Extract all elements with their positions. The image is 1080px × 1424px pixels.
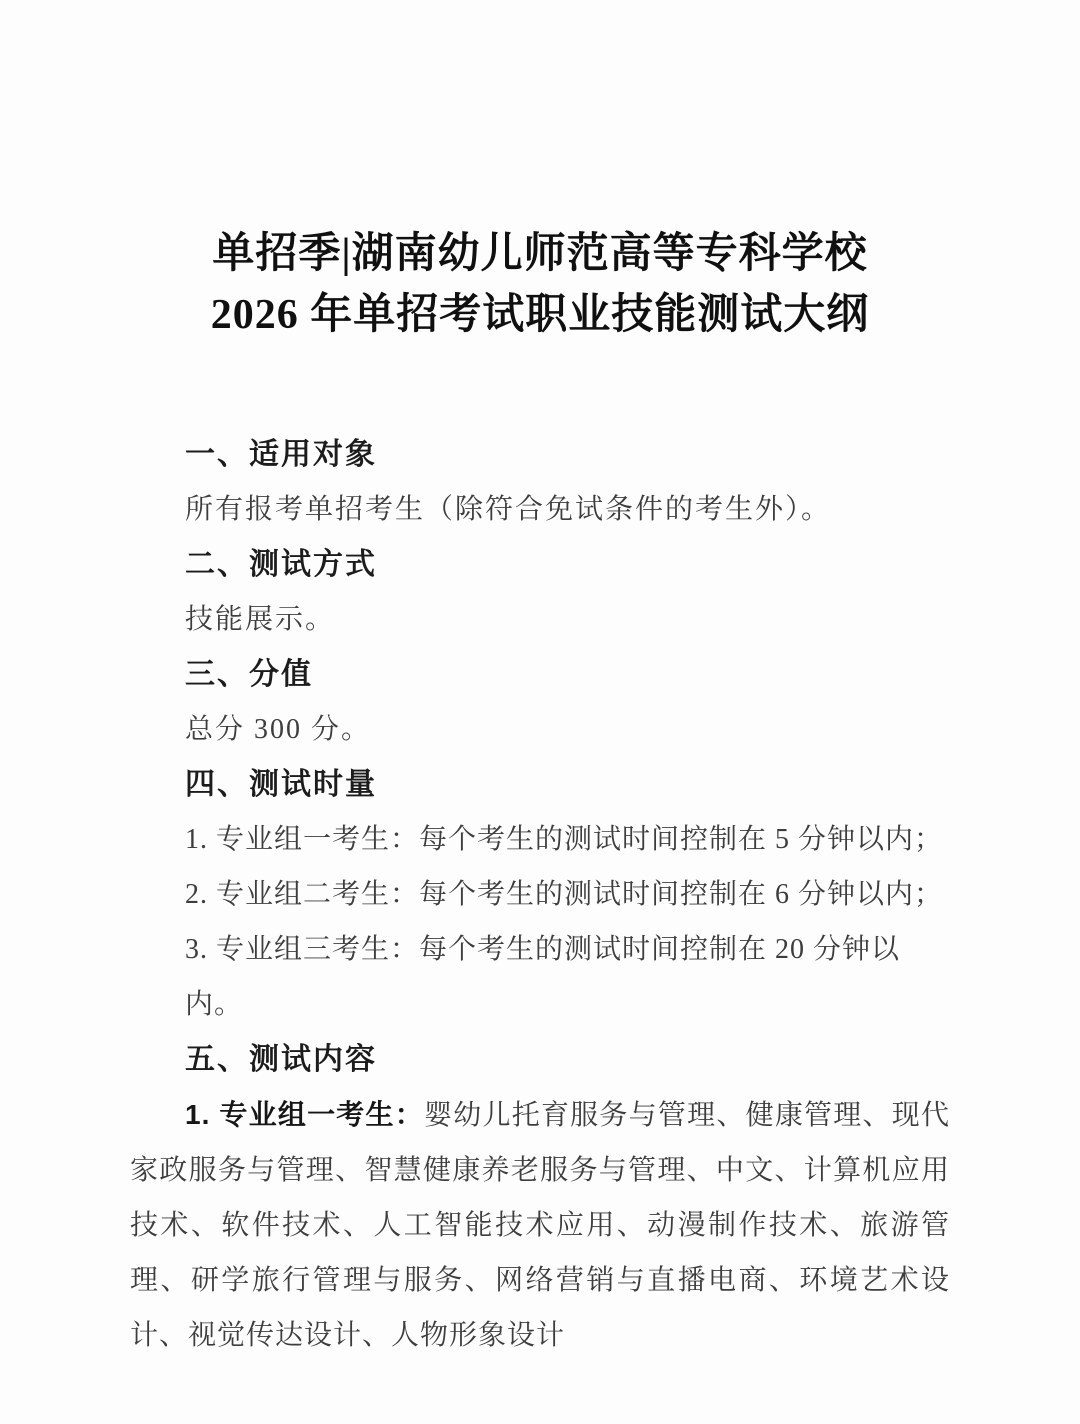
document-title-line-2: 2026 年单招考试职业技能测试大纲 — [0, 285, 1080, 346]
content-paragraph-lead: 1. 专业组一考生： — [185, 1099, 424, 1130]
section-heading-test-duration: 四、测试时量 — [130, 757, 950, 812]
content-paragraph-majors: 婴幼儿托育服务与管理、健康管理、现代家政服务与管理、智慧健康养老服务与管理、中文… — [130, 1100, 950, 1351]
document-body: 一、适用对象 所有报考单招考生（除符合免试条件的考生外）。 二、测试方式 技能展… — [130, 427, 950, 1363]
duration-list-item-group-1: 1. 专业组一考生：每个考生的测试时间控制在 5 分钟以内； — [130, 812, 950, 867]
section-heading-applicable-candidates: 一、适用对象 — [130, 427, 950, 482]
section-body-applicable-candidates: 所有报考单招考生（除符合免试条件的考生外）。 — [130, 482, 950, 537]
document-title-line-1: 单招季|湖南幼儿师范高等专科学校 — [0, 224, 1080, 285]
section-heading-test-method: 二、测试方式 — [130, 537, 950, 592]
section-heading-score: 三、分值 — [130, 647, 950, 702]
document-title: 单招季|湖南幼儿师范高等专科学校 2026 年单招考试职业技能测试大纲 — [0, 224, 1080, 346]
section-heading-test-content: 五、测试内容 — [130, 1032, 950, 1087]
section-body-test-method: 技能展示。 — [130, 592, 950, 647]
section-body-score: 总分 300 分。 — [130, 702, 950, 757]
document-page: 单招季|湖南幼儿师范高等专科学校 2026 年单招考试职业技能测试大纲 一、适用… — [0, 0, 1080, 1424]
duration-list-item-group-3: 3. 专业组三考生：每个考生的测试时间控制在 20 分钟以内。 — [130, 922, 950, 1032]
content-paragraph-group-1: 1. 专业组一考生：婴幼儿托育服务与管理、健康管理、现代家政服务与管理、智慧健康… — [130, 1087, 950, 1363]
duration-list-item-group-2: 2. 专业组二考生：每个考生的测试时间控制在 6 分钟以内； — [130, 867, 950, 922]
